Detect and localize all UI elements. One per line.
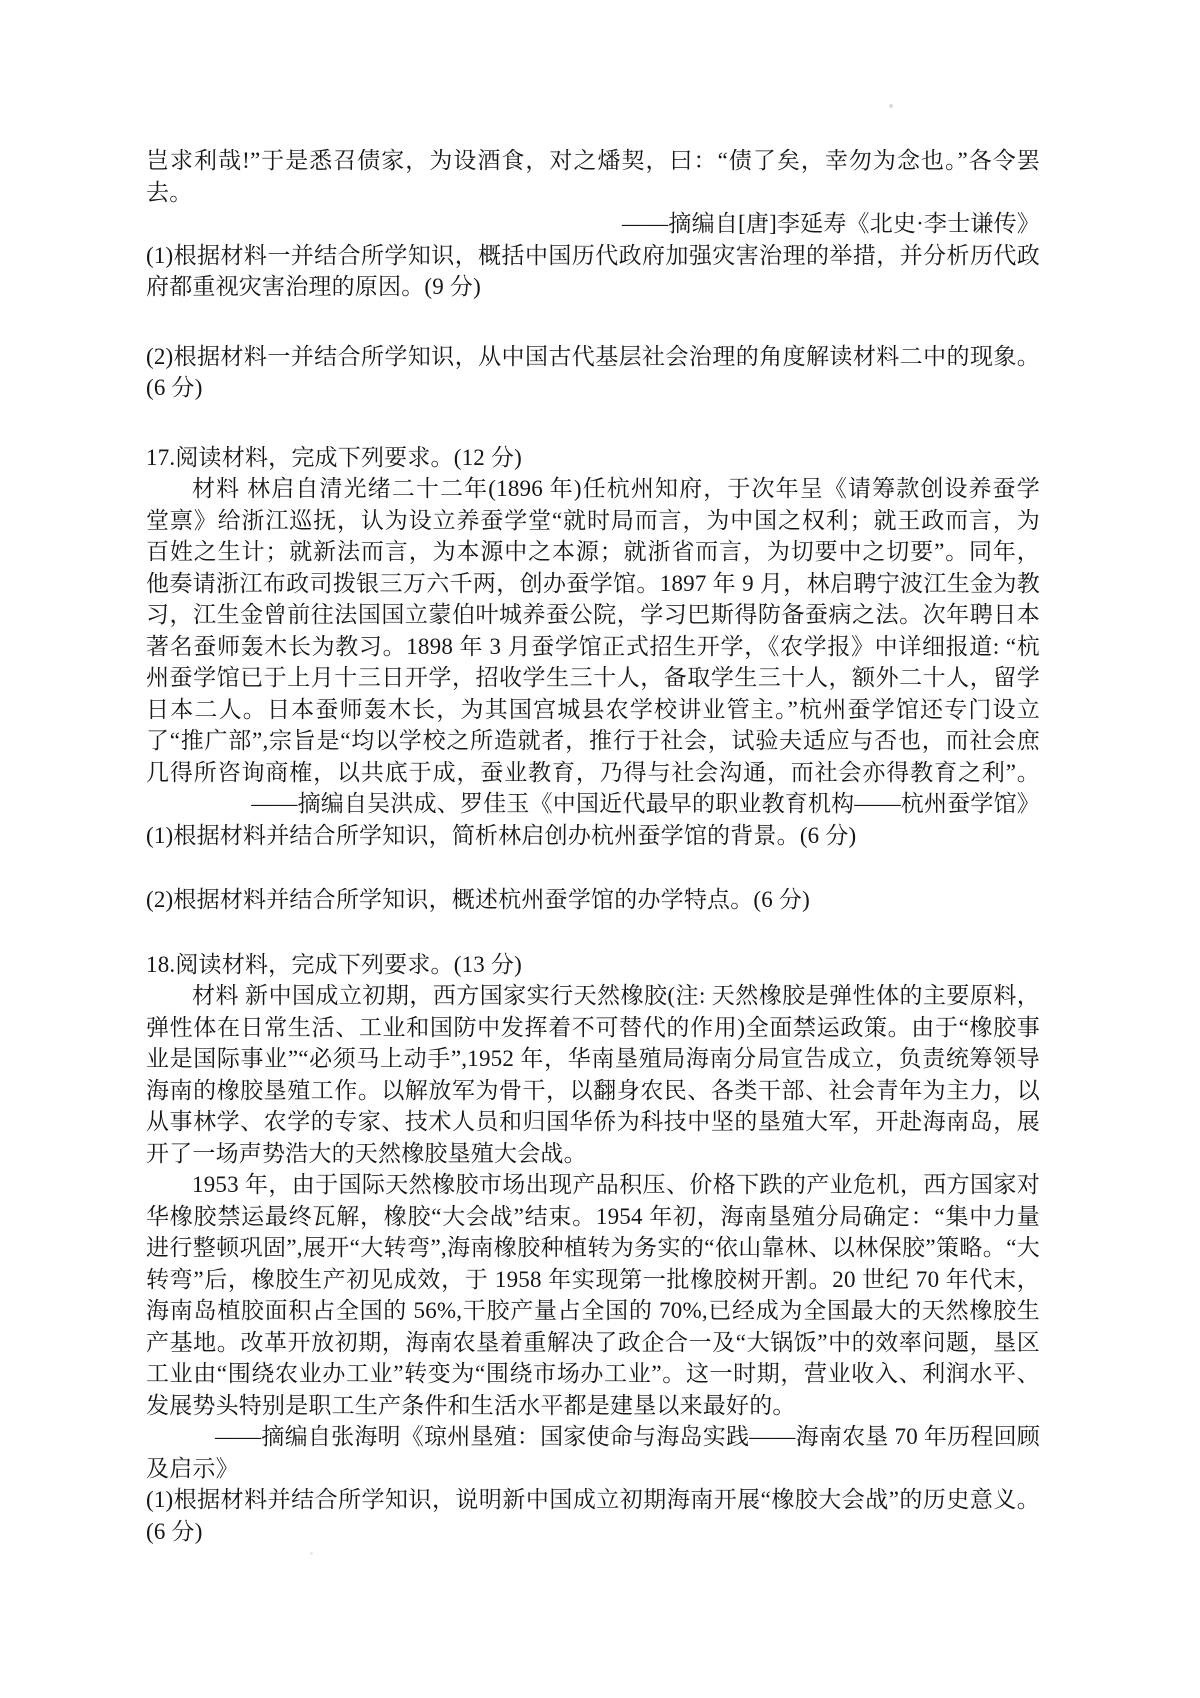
text-line: 1953 年，由于国际天然橡胶市场出现产品积压、价格下跌的产业危机，西方国家对 bbox=[146, 1169, 1040, 1201]
text-line: 进行整顿巩固”,展开“大转弯”,海南橡胶种植转为务实的“依山靠林、以林保胶”策略… bbox=[146, 1232, 1040, 1264]
text-line: ——摘编自张海明《琼州垦殖：国家使命与海岛实践——海南农垦 70 年历程回顾 bbox=[146, 1421, 1040, 1453]
text-line: 他奏请浙江布政司拨银三万六千两，创办蚕学馆。1897 年 9 月，林启聘宁波江生… bbox=[146, 568, 1040, 600]
text-line: (2)根据材料并结合所学知识，概述杭州蚕学馆的办学特点。(6 分) bbox=[146, 884, 1040, 916]
text-line: (6 分) bbox=[146, 372, 1040, 404]
text-line: 堂禀》给浙江巡抚，认为设立养蚕学堂“就时局而言，为中国之权利；就王政而言，为 bbox=[146, 505, 1040, 537]
text-line: (1)根据材料并结合所学知识，简析林启创办杭州蚕学馆的背景。(6 分) bbox=[146, 820, 1040, 852]
text-line: 府都重视灾害治理的原因。(9 分) bbox=[146, 271, 1040, 303]
text-line: (6 分) bbox=[146, 1516, 1040, 1548]
scan-artifact-dot bbox=[889, 104, 893, 108]
text-line: 工业由“围绕农业办工业”转变为“围绕市场办工业”。这一时期，营业收入、利润水平、 bbox=[146, 1358, 1040, 1390]
text-line: 及启示》 bbox=[146, 1453, 1040, 1485]
text-line: 了“推广部”,宗旨是“均以学校之所造就者，推行于社会，试验夫适应与否也，而社会庶 bbox=[146, 725, 1040, 757]
text-line: 18.阅读材料，完成下列要求。(13 分) bbox=[146, 949, 1040, 981]
document-text-block: 岂求利哉!”于是悉召债家，为设酒食，对之燔契，曰：“债了矣，幸勿为念也。”各令罢… bbox=[146, 145, 1040, 1547]
text-line: 材料 林启自清光绪二十二年(1896 年)任杭州知府，于次年呈《请筹款创设养蚕学 bbox=[146, 473, 1040, 505]
text-line: 弹性体在日常生活、工业和国防中发挥着不可替代的作用)全面禁运政策。由于“橡胶事 bbox=[146, 1012, 1040, 1044]
text-line: 17.阅读材料，完成下列要求。(12 分) bbox=[146, 442, 1040, 474]
text-line: 海南的橡胶垦殖工作。以解放军为骨干，以翻身农民、各类干部、社会青年为主力，以 bbox=[146, 1075, 1040, 1107]
text-line: 习，江生金曾前往法国国立蒙伯叶城养蚕公院，学习巴斯得防备蚕病之法。次年聘日本 bbox=[146, 599, 1040, 631]
text-line: 日本二人。日本蚕师轰木长，为其国宫城县农学校讲业管主。”杭州蚕学馆还专门设立 bbox=[146, 694, 1040, 726]
text-line: (2)根据材料一并结合所学知识，从中国古代基层社会治理的角度解读材料二中的现象。 bbox=[146, 341, 1040, 373]
text-line: ——摘编自吴洪成、罗佳玉《中国近代最早的职业教育机构——杭州蚕学馆》 bbox=[146, 788, 1040, 820]
text-line: 去。 bbox=[146, 177, 1040, 209]
text-line: 从事林学、农学的专家、技术人员和归国华侨为科技中坚的垦殖大军，开赴海南岛，展 bbox=[146, 1106, 1040, 1138]
text-line: ——摘编自[唐]李延寿《北史·李士谦传》 bbox=[146, 208, 1040, 240]
scan-artifact-dot bbox=[310, 1552, 313, 1555]
text-line: 产基地。改革开放初期，海南农垦着重解决了政企合一及“大锅饭”中的效率问题，垦区 bbox=[146, 1327, 1040, 1359]
text-line: (1)根据材料一并结合所学知识，概括中国历代政府加强灾害治理的举措，并分析历代政 bbox=[146, 240, 1040, 272]
text-line: 华橡胶禁运最终瓦解，橡胶“大会战”结束。1954 年初，海南垦殖分局确定：“集中… bbox=[146, 1201, 1040, 1233]
text-line: 材料 新中国成立初期，西方国家实行天然橡胶(注: 天然橡胶是弹性体的主要原料， bbox=[146, 980, 1040, 1012]
text-line: 著名蚕师轰木长为教习。1898 年 3 月蚕学馆正式招生开学，《农学报》中详细报… bbox=[146, 631, 1040, 663]
text-line: 开了一场声势浩大的天然橡胶垦殖大会战。 bbox=[146, 1138, 1040, 1170]
text-line: 海南岛植胶面积占全国的 56%,干胶产量占全国的 70%,已经成为全国最大的天然… bbox=[146, 1295, 1040, 1327]
text-line: 百姓之生计；就新法而言，为本源中之本源；就浙省而言，为切要中之切要”。同年， bbox=[146, 536, 1040, 568]
text-line: 州蚕学馆已于上月十三日开学，招收学生三十人，备取学生三十人，额外二十人，留学 bbox=[146, 662, 1040, 694]
text-line: 转弯”后，橡胶生产初见成效，于 1958 年实现第一批橡胶树开割。20 世纪 7… bbox=[146, 1264, 1040, 1296]
text-line: (1)根据材料并结合所学知识，说明新中国成立初期海南开展“橡胶大会战”的历史意义… bbox=[146, 1484, 1040, 1516]
text-line: 发展势头特别是职工生产条件和生活水平都是建垦以来最好的。 bbox=[146, 1390, 1040, 1422]
text-line: 业是国际事业”“必须马上动手”,1952 年，华南垦殖局海南分局宣告成立，负责统… bbox=[146, 1043, 1040, 1075]
text-line: 几得所咨询商榷，以共底于成，蚕业教育，乃得与社会沟通，而社会亦得教育之利”。 bbox=[146, 757, 1040, 789]
text-line: 岂求利哉!”于是悉召债家，为设酒食，对之燔契，曰：“债了矣，幸勿为念也。”各令罢 bbox=[146, 145, 1040, 177]
exam-paper-page: 岂求利哉!”于是悉召债家，为设酒食，对之燔契，曰：“债了矣，幸勿为念也。”各令罢… bbox=[0, 0, 1200, 1698]
